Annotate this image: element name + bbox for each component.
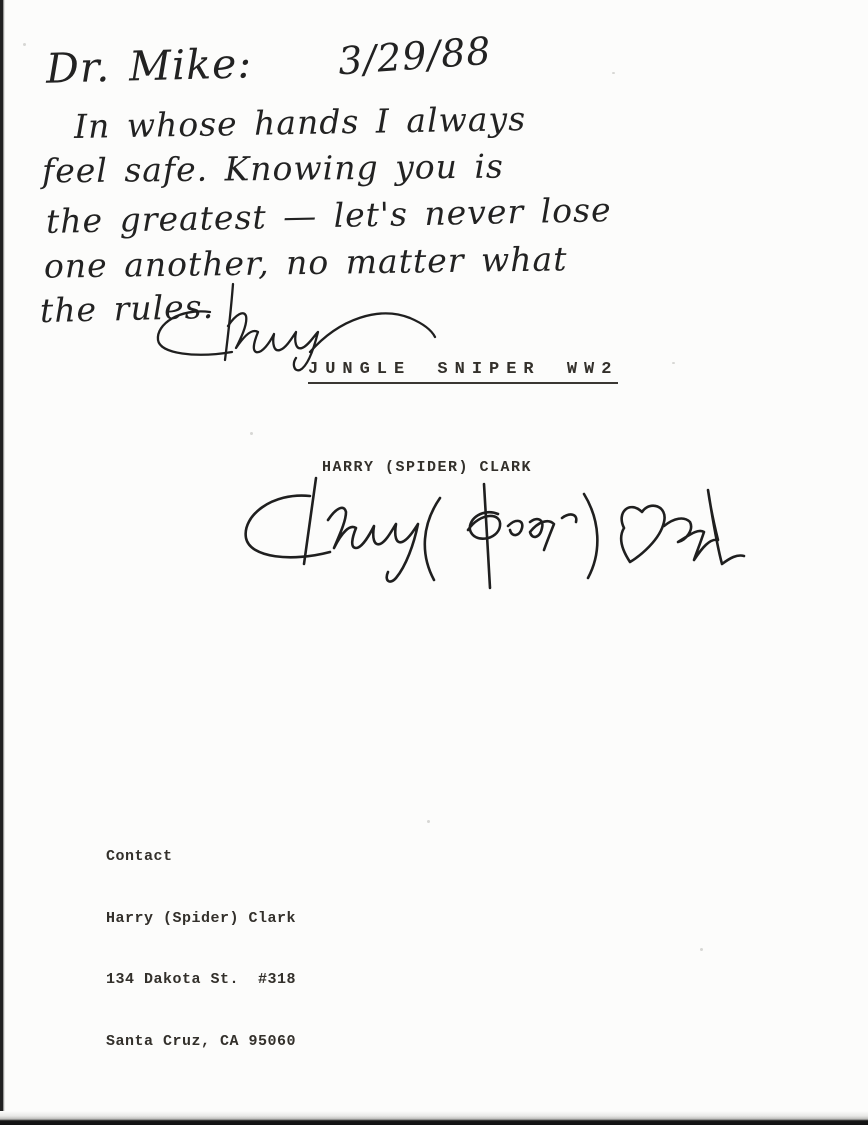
paper-speck — [23, 43, 26, 46]
contact-name: Harry (Spider) Clark — [106, 909, 296, 930]
contact-block: Contact Harry (Spider) Clark 134 Dakota … — [106, 806, 296, 1093]
scan-edge-left — [0, 0, 5, 1125]
paper-speck — [672, 362, 675, 364]
paper-speck — [250, 432, 253, 435]
scan-edge-bottom — [0, 1111, 868, 1125]
handwritten-salutation: Dr. Mike: — [45, 39, 252, 92]
handwritten-line: In whose hands I always — [74, 99, 527, 146]
contact-city: Santa Cruz, CA 95060 — [106, 1032, 296, 1053]
paper-speck — [612, 72, 615, 74]
contact-street: 134 Dakota St. #318 — [106, 970, 296, 991]
handwritten-line: one another, no matter what — [44, 239, 568, 285]
full-signature — [232, 468, 747, 595]
typed-title: JUNGLE SNIPER WW2 — [308, 360, 618, 384]
handwritten-date: 3/29/88 — [337, 29, 493, 84]
contact-label: Contact — [106, 847, 296, 868]
handwritten-line: the greatest — let's never lose — [46, 190, 612, 241]
harry-signature — [140, 282, 450, 372]
paper-speck — [427, 820, 430, 823]
handwritten-line: feel safe. Knowing you is — [42, 147, 504, 191]
scanned-letter-page: Dr. Mike: 3/29/88 In whose hands I alway… — [0, 0, 868, 1125]
paper-speck — [700, 948, 703, 951]
